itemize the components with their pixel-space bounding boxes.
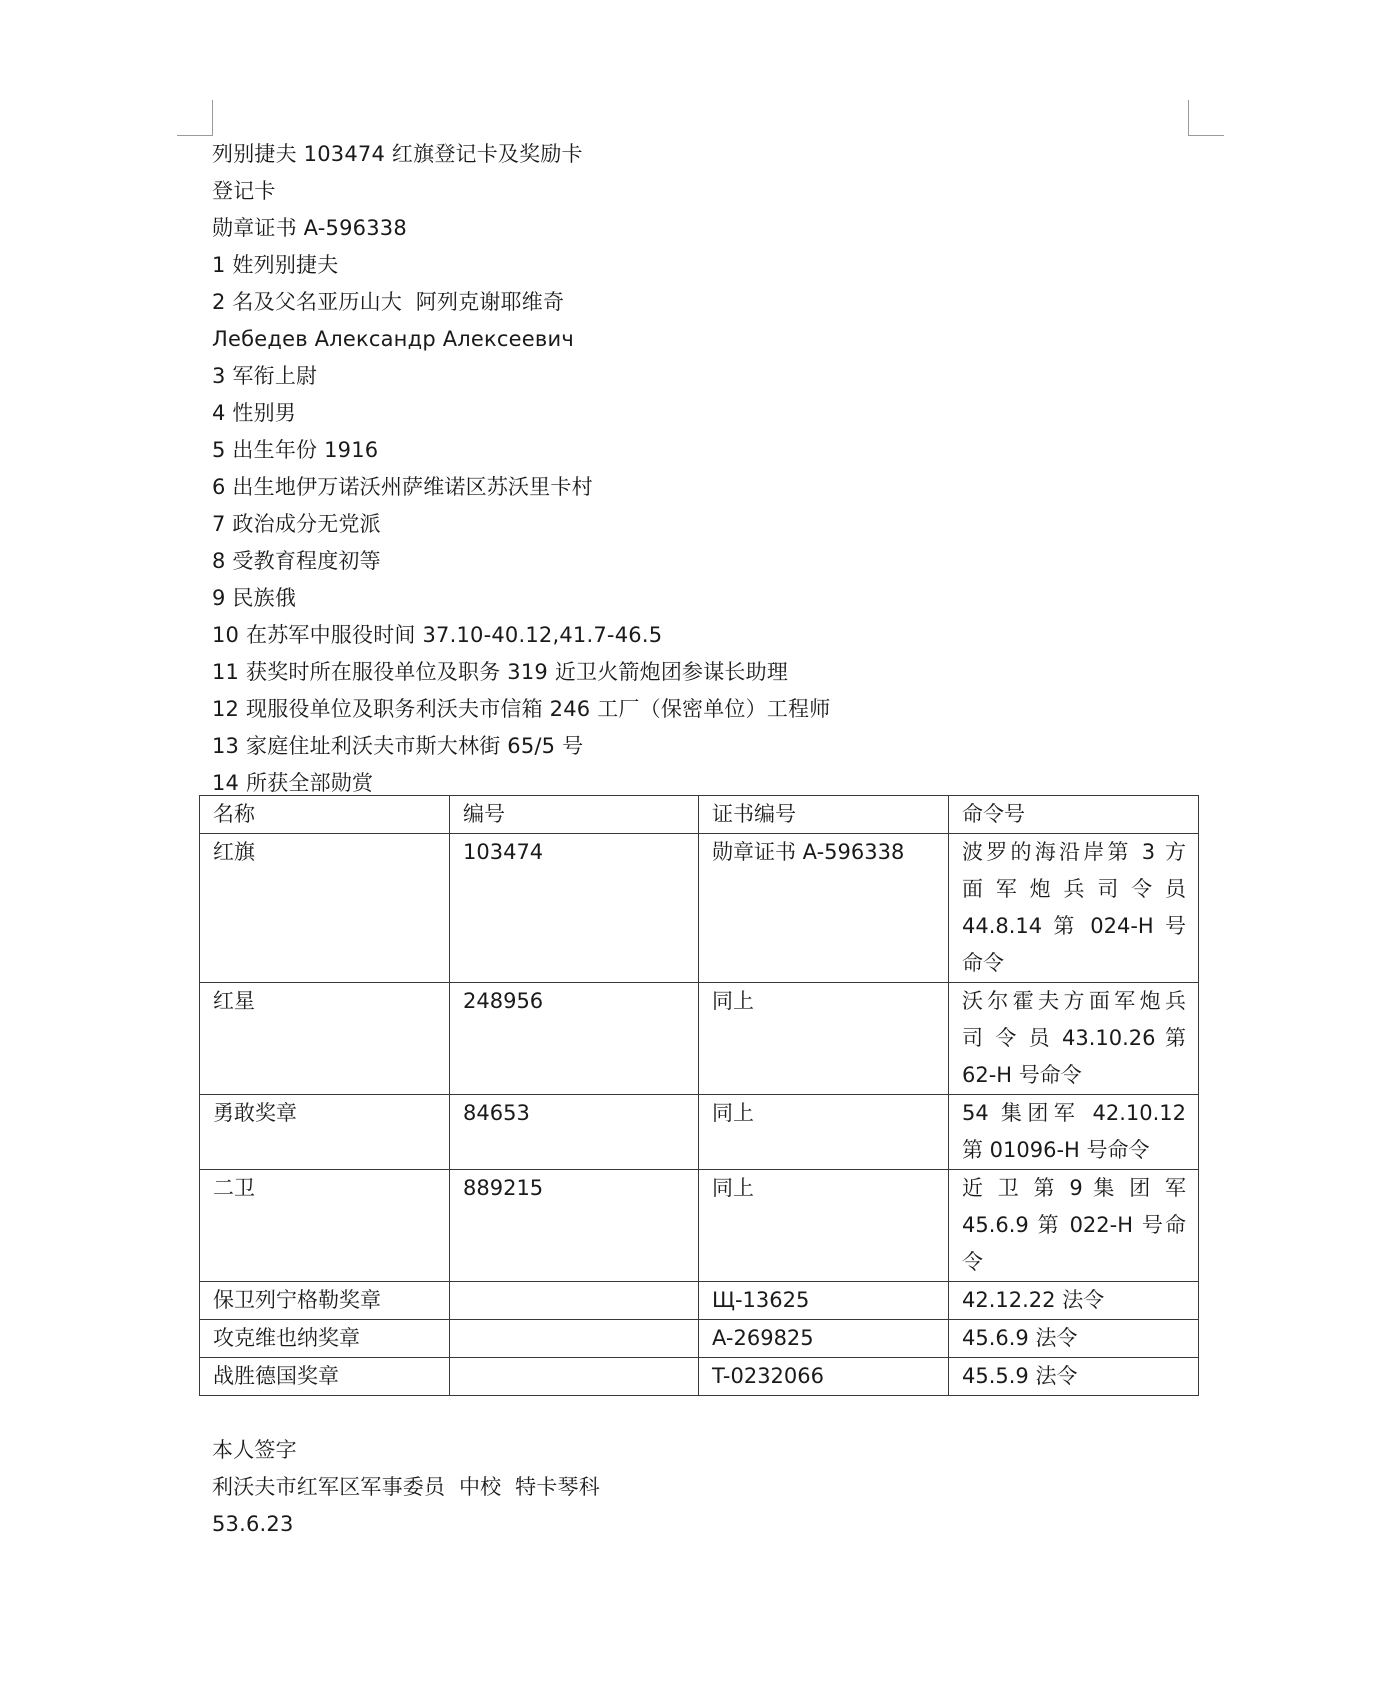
cell-order: 54 集团军 42.10.12 第 01096-H 号命令: [949, 1095, 1199, 1170]
table-row: 保卫列宁格勒奖章 Щ-13625 42.12.22 法令: [200, 1282, 1199, 1320]
cell-order: 45.6.9 法令: [949, 1320, 1199, 1358]
order-line: 44.8.14 第 024-H 号: [962, 908, 1186, 945]
cell-name: 红旗: [200, 834, 450, 983]
column-header-order: 命令号: [949, 796, 1199, 834]
document-date: 53.6.23: [212, 1506, 600, 1543]
field-party: 7 政治成分无党派: [212, 506, 1202, 543]
cell-name: 战胜德国奖章: [200, 1358, 450, 1396]
order-line: 面 军 炮 兵 司 令 员: [962, 871, 1186, 908]
signer: 利沃夫市红军区军事委员 中校 特卡琴科: [212, 1469, 600, 1506]
field-education: 8 受教育程度初等: [212, 543, 1202, 580]
field-birthplace: 6 出生地伊万诺沃州萨维诺区苏沃里卡村: [212, 469, 1202, 506]
cell-certificate: 勋章证书 A-596338: [699, 834, 949, 983]
cell-name: 红星: [200, 983, 450, 1095]
table-row: 勇敢奖章 84653 同上 54 集团军 42.10.12 第 01096-H …: [200, 1095, 1199, 1170]
order-line: 45.6.9 第 022-H 号命: [962, 1207, 1186, 1244]
field-current-unit: 12 现服役单位及职务利沃夫市信箱 246 工厂（保密单位）工程师: [212, 691, 1202, 728]
cell-number: 103474: [450, 834, 699, 983]
cell-name: 攻克维也纳奖章: [200, 1320, 450, 1358]
table-row: 二卫 889215 同上 近 卫 第 9 集 团 军 45.6.9 第 022-…: [200, 1170, 1199, 1282]
cell-certificate: 同上: [699, 1170, 949, 1282]
cell-number: 248956: [450, 983, 699, 1095]
field-name-russian: Лебедев Александр Алексеевич: [212, 321, 1202, 358]
cell-certificate: 同上: [699, 983, 949, 1095]
table-row: 红星 248956 同上 沃尔霍夫方面军炮兵 司 令 员 43.10.26 第 …: [200, 983, 1199, 1095]
document-footer: 本人签字 利沃夫市红军区军事委员 中校 特卡琴科 53.6.23: [212, 1432, 600, 1543]
cell-name: 勇敢奖章: [200, 1095, 450, 1170]
document-body: 列别捷夫 103474 红旗登记卡及奖励卡 登记卡 勋章证书 A-596338 …: [212, 136, 1202, 802]
field-sex: 4 性别男: [212, 395, 1202, 432]
cell-order: 45.5.9 法令: [949, 1358, 1199, 1396]
crop-mark-top-left: [177, 100, 213, 136]
cell-order: 近 卫 第 9 集 团 军 45.6.9 第 022-H 号命 令: [949, 1170, 1199, 1282]
order-line: 司 令 员 43.10.26 第: [962, 1020, 1186, 1057]
order-line: 令: [962, 1244, 1186, 1281]
order-line: 沃尔霍夫方面军炮兵: [962, 983, 1186, 1020]
cell-order: 42.12.22 法令: [949, 1282, 1199, 1320]
cell-certificate: 同上: [699, 1095, 949, 1170]
order-line: 45.5.9 法令: [962, 1358, 1186, 1395]
cell-number: [450, 1282, 699, 1320]
certificate-number: 勋章证书 A-596338: [212, 210, 1202, 247]
cell-name: 二卫: [200, 1170, 450, 1282]
field-birth-year: 5 出生年份 1916: [212, 432, 1202, 469]
section-heading-registration-card: 登记卡: [212, 173, 1202, 210]
column-header-certificate: 证书编号: [699, 796, 949, 834]
cell-certificate: Щ-13625: [699, 1282, 949, 1320]
table-header-row: 名称 编号 证书编号 命令号: [200, 796, 1199, 834]
cell-number: 889215: [450, 1170, 699, 1282]
cell-name: 保卫列宁格勒奖章: [200, 1282, 450, 1320]
awards-table: 名称 编号 证书编号 命令号 红旗 103474 勋章证书 A-596338 波…: [199, 795, 1199, 1396]
order-line: 波罗的海沿岸第 3 方: [962, 834, 1186, 871]
cell-certificate: A-269825: [699, 1320, 949, 1358]
document-title: 列别捷夫 103474 红旗登记卡及奖励卡: [212, 136, 1202, 173]
field-home-address: 13 家庭住址利沃夫市斯大林街 65/5 号: [212, 728, 1202, 765]
cell-number: [450, 1320, 699, 1358]
cell-order: 波罗的海沿岸第 3 方 面 军 炮 兵 司 令 员 44.8.14 第 024-…: [949, 834, 1199, 983]
column-header-number: 编号: [450, 796, 699, 834]
crop-mark-top-right: [1188, 100, 1224, 136]
table-row: 攻克维也纳奖章 A-269825 45.6.9 法令: [200, 1320, 1199, 1358]
order-line: 54 集团军 42.10.12: [962, 1095, 1186, 1132]
field-service-period: 10 在苏军中服役时间 37.10-40.12,41.7-46.5: [212, 617, 1202, 654]
cell-number: 84653: [450, 1095, 699, 1170]
field-surname: 1 姓列别捷夫: [212, 247, 1202, 284]
order-line: 近 卫 第 9 集 团 军: [962, 1170, 1186, 1207]
signature-label: 本人签字: [212, 1432, 600, 1469]
cell-order: 沃尔霍夫方面军炮兵 司 令 员 43.10.26 第 62-H 号命令: [949, 983, 1199, 1095]
order-line: 命令: [962, 945, 1186, 982]
cell-number: [450, 1358, 699, 1396]
field-unit-at-award: 11 获奖时所在服役单位及职务 319 近卫火箭炮团参谋长助理: [212, 654, 1202, 691]
table-row: 战胜德国奖章 T-0232066 45.5.9 法令: [200, 1358, 1199, 1396]
cell-certificate: T-0232066: [699, 1358, 949, 1396]
order-line: 第 01096-H 号命令: [962, 1132, 1186, 1169]
table-row: 红旗 103474 勋章证书 A-596338 波罗的海沿岸第 3 方 面 军 …: [200, 834, 1199, 983]
order-line: 45.6.9 法令: [962, 1320, 1186, 1357]
column-header-name: 名称: [200, 796, 450, 834]
field-rank: 3 军衔上尉: [212, 358, 1202, 395]
field-name-patronymic: 2 名及父名亚历山大 阿列克谢耶维奇: [212, 284, 1202, 321]
order-line: 42.12.22 法令: [962, 1282, 1186, 1319]
order-line: 62-H 号命令: [962, 1057, 1186, 1094]
field-nationality: 9 民族俄: [212, 580, 1202, 617]
